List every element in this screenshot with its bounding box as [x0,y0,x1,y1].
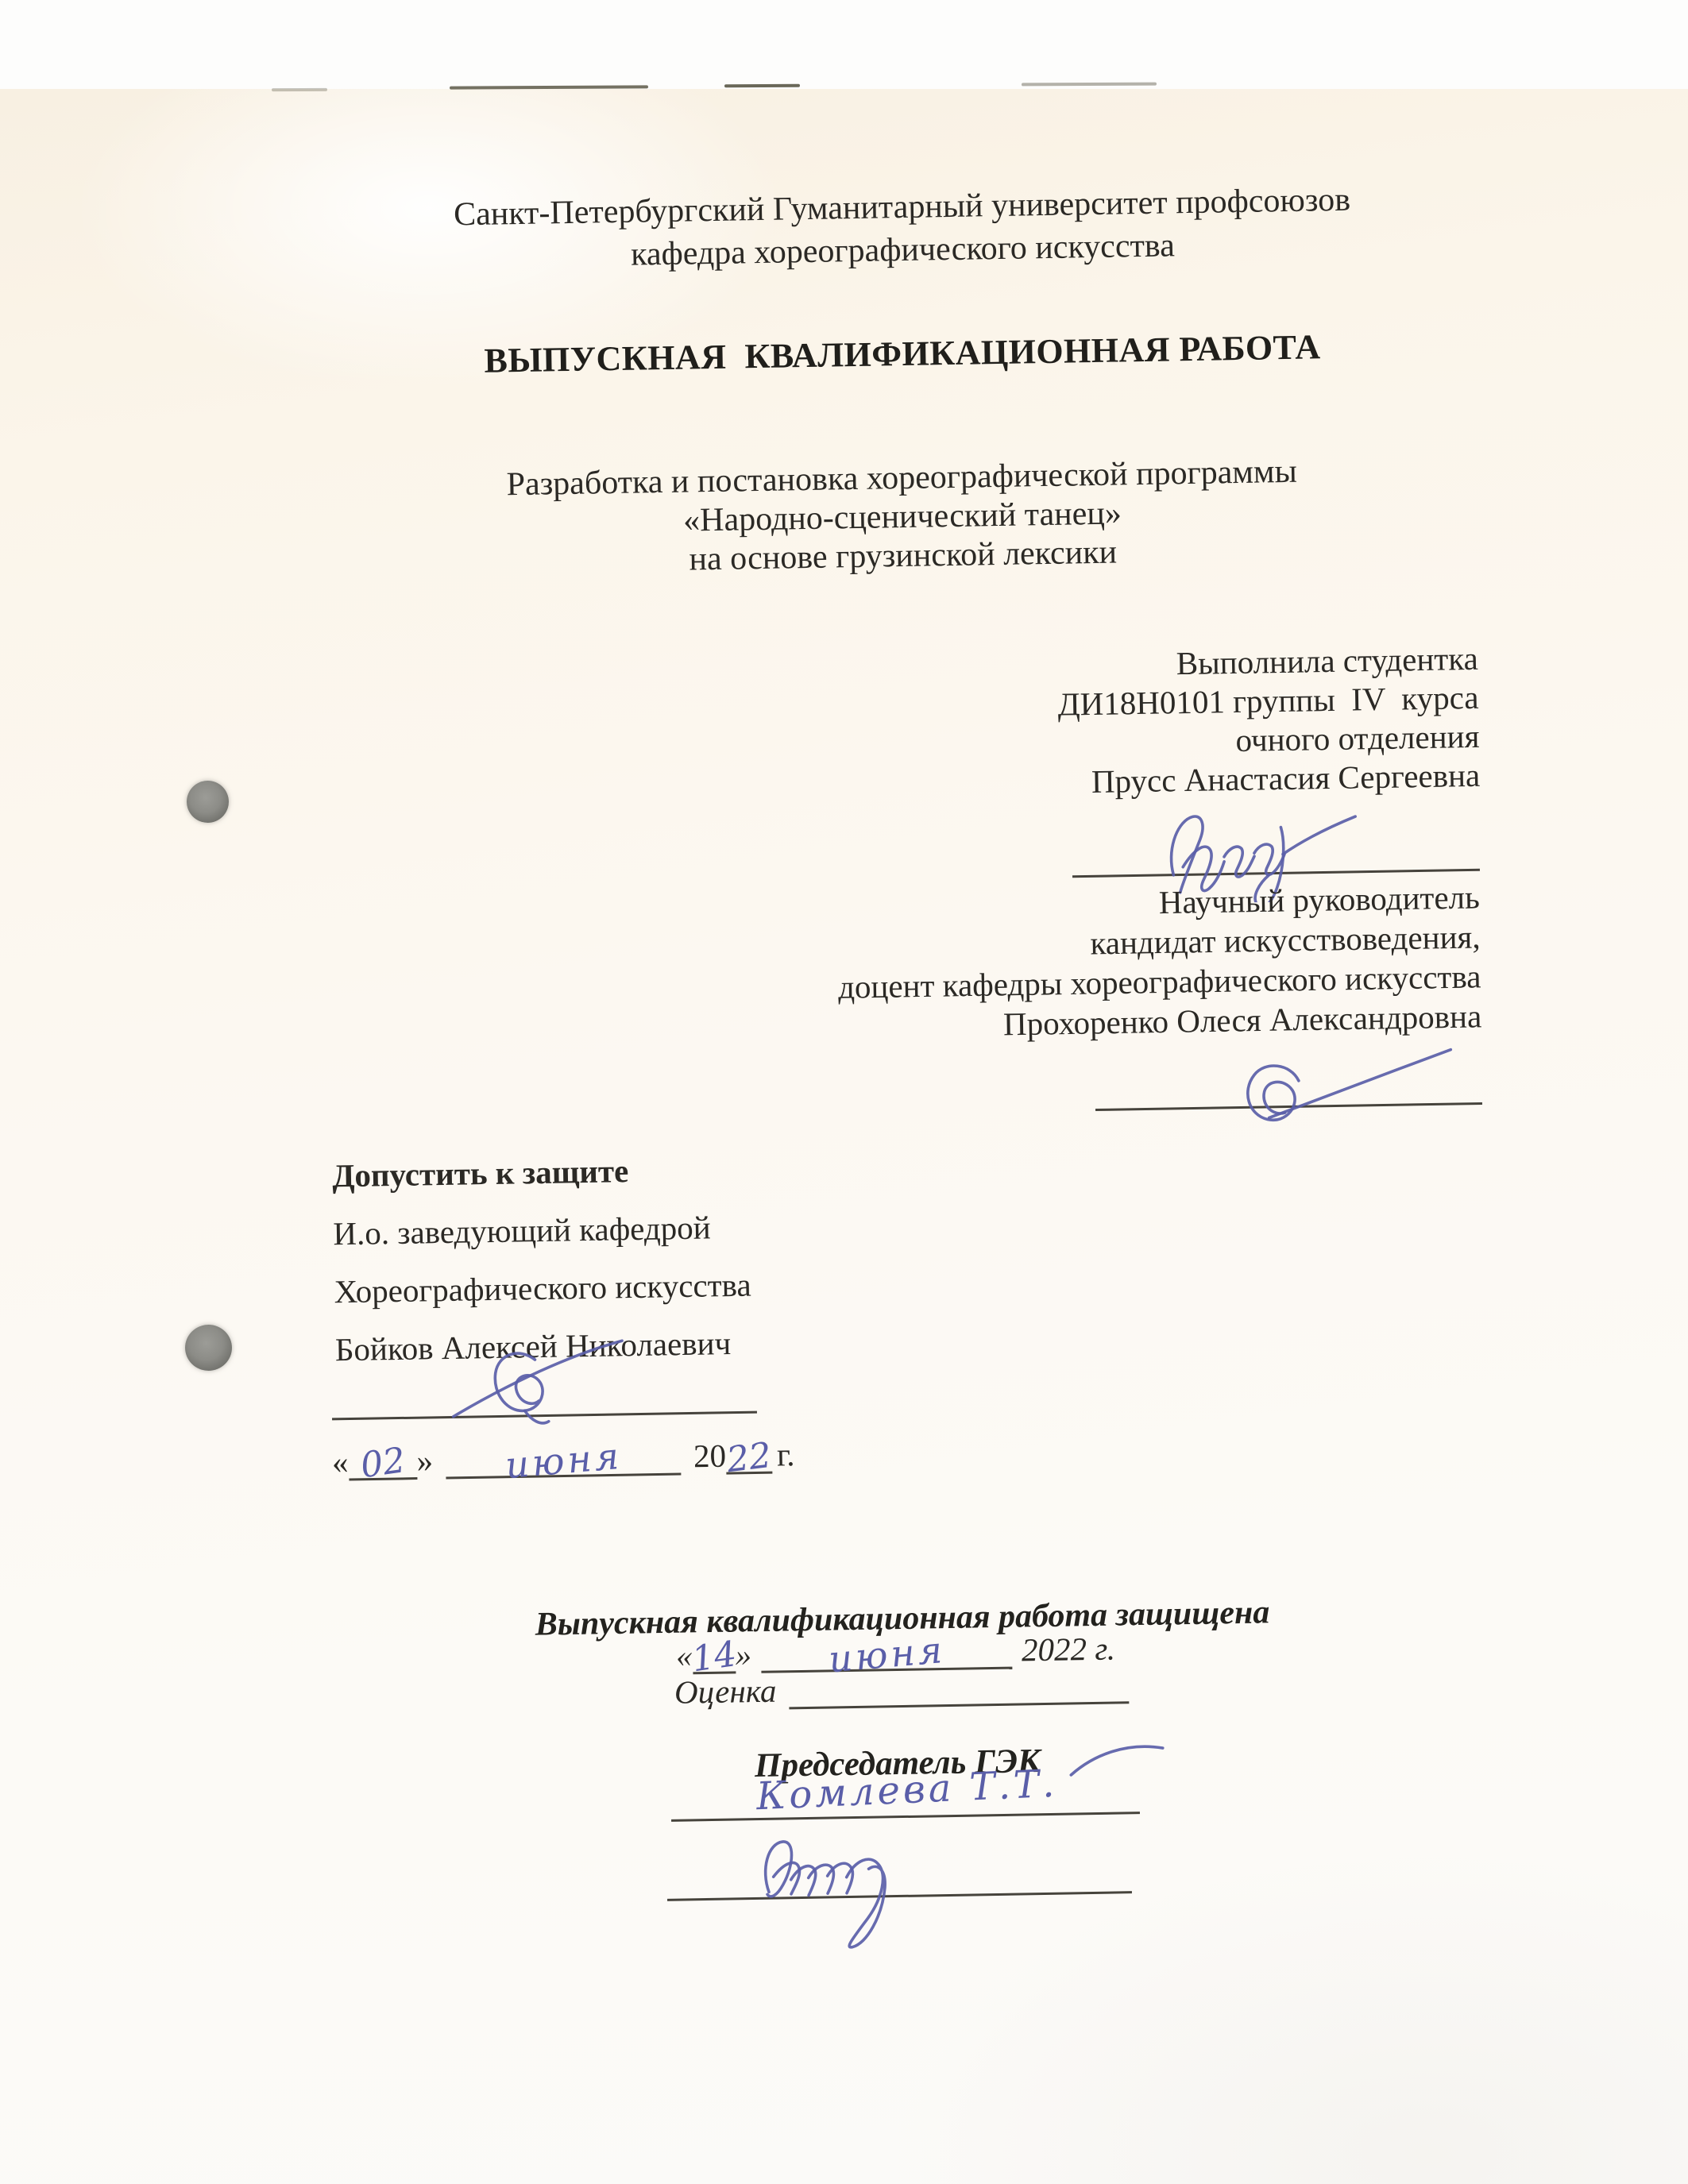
student-info-block: Выполнила студентка ДИ18Н0101 группы IV … [794,639,1480,806]
page-edge-mark [272,88,327,91]
supervisor-info-block: Научный руководитель кандидат искусствов… [748,877,1481,1048]
punch-hole-top [187,781,229,823]
admission-year-slot: 22 [726,1437,773,1475]
admission-month-slot: июня [446,1437,682,1480]
thesis-title: Разработка и постановка хореографической… [425,451,1380,584]
admission-line3: Бойков Алексей Николаевич [334,1311,939,1379]
admission-line2: Хореографического искусства [334,1253,938,1322]
chairman-signature [744,1827,1017,1954]
admission-date-line: « 02 » июня 20 22 г. [332,1432,795,1481]
year-suffix: г. [777,1435,795,1473]
header-block: Санкт-Петербургский Гуманитарный универс… [425,178,1380,280]
handwritten-admission-year: 22 [724,1435,774,1480]
defense-year: 2022 г. [1022,1629,1116,1669]
scanned-title-page: Санкт-Петербургский Гуманитарный универс… [0,0,1688,2184]
punch-hole-bottom [185,1325,232,1371]
grade-label: Оценка [674,1672,777,1711]
grade-line: Оценка [674,1664,1130,1711]
admission-day-slot: 02 [348,1442,417,1480]
admission-block: Допустить к защите И.о. заведующий кафед… [332,1137,940,1379]
admission-line1: И.о. заведующий кафедрой [333,1195,937,1264]
page-edge-mark [724,84,800,87]
chairman-pen-flourish [1066,1735,1170,1785]
page-edge-mark [1022,83,1157,87]
defense-day-slot: 14 [692,1636,736,1674]
supervisor-signature [1219,1040,1458,1132]
handwritten-admission-day: 02 [357,1440,408,1486]
quote-close: » [416,1441,433,1480]
admission-heading: Допустить к защите [332,1137,937,1206]
year-prefix: 20 [693,1437,727,1476]
department-head-signature [441,1336,633,1434]
quote-open: « [332,1442,349,1480]
